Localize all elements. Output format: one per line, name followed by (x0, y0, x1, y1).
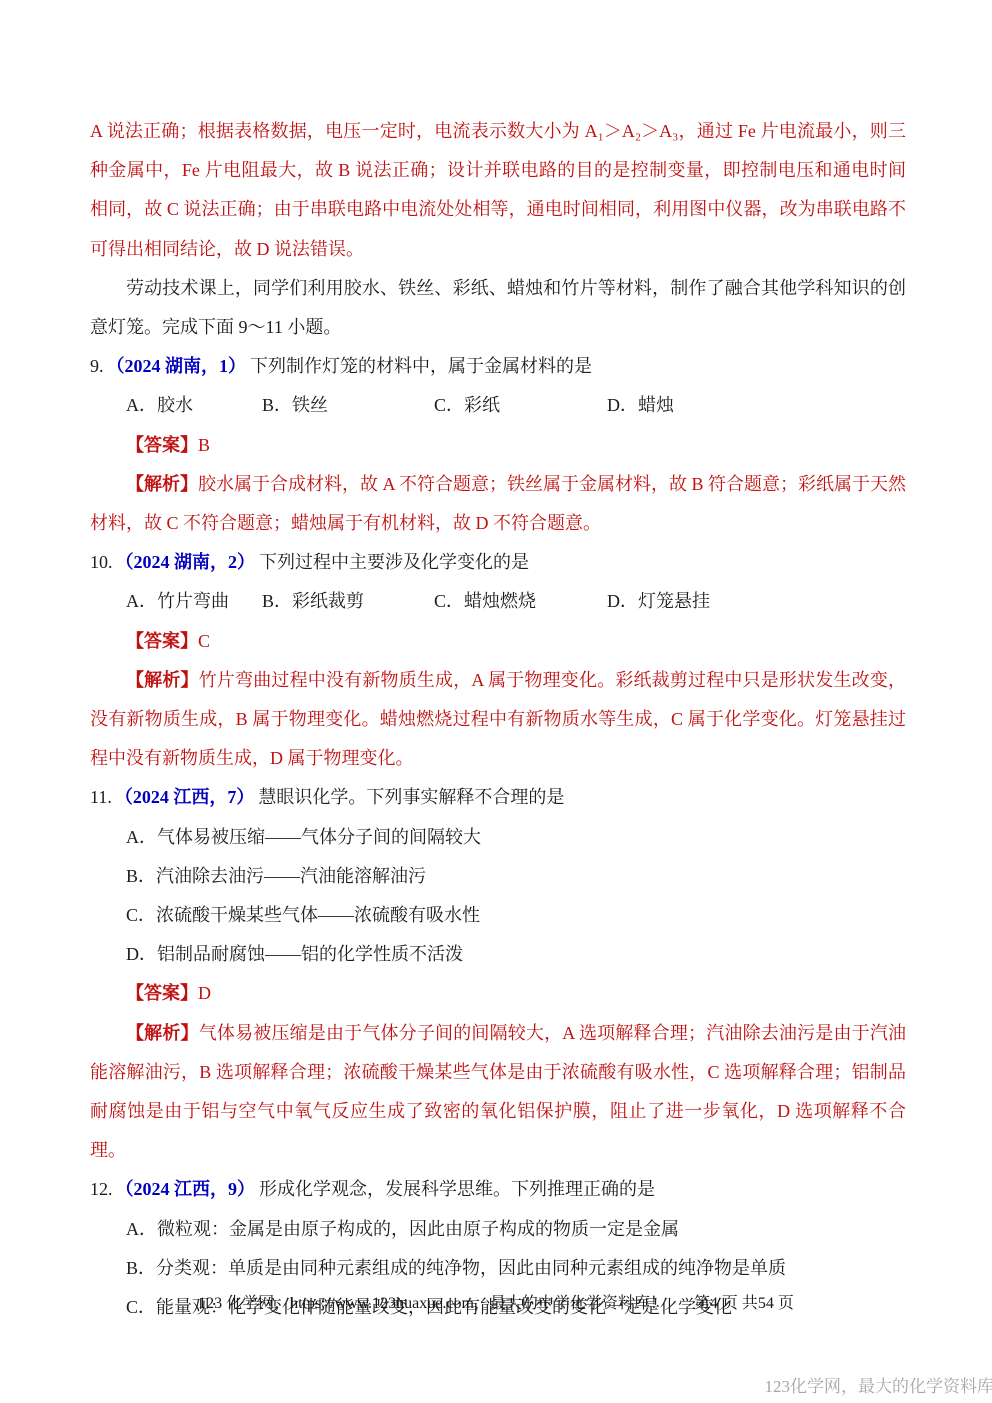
analysis-label: 【解析】 (126, 474, 198, 494)
analysis-paragraph: 【解析】气体易被压缩是由于气体分子间的间隔较大，A 选项解释合理；汽油除去油污是… (90, 1014, 906, 1171)
analysis-paragraph: 【解析】竹片弯曲过程中没有新物质生成，A 属于物理变化。彩纸裁剪过程中只是形状发… (90, 661, 906, 779)
question-source: （2024 湖南，1） (107, 356, 247, 376)
option-c: C．彩纸 (434, 386, 607, 425)
page-footer: 123 化学网，https://www.123huaxue.com，最大的中学化… (0, 1290, 992, 1313)
question-stem-line: 11.（2024 江西，7）慧眼识化学。下列事实解释不合理的是 (90, 778, 906, 817)
question-source: （2024 湖南，2） (116, 552, 256, 572)
analysis-text: 竹片弯曲过程中没有新物质生成，A 属于物理变化。彩纸裁剪过程中只是形状发生改变，… (90, 670, 906, 768)
answer-value: C (198, 631, 210, 651)
question-number: 9. (90, 356, 104, 376)
question-stem: 下列过程中主要涉及化学变化的是 (259, 552, 529, 572)
question-options-row: A．胶水B．铁丝C．彩纸D．蜡烛 (90, 386, 906, 425)
answer-line: 【答案】D (90, 974, 906, 1013)
question-source: （2024 江西，9） (116, 1179, 256, 1199)
answer-line: 【答案】B (90, 426, 906, 465)
carryover-analysis-text: A 说法正确；根据表格数据，电压一定时，电流表示数大小为 A₁＞A₂＞A₃，通过… (90, 112, 906, 269)
question-9: 9.（2024 湖南，1）下列制作灯笼的材料中，属于金属材料的是 A．胶水B．铁… (90, 347, 906, 543)
answer-value: D (198, 983, 211, 1003)
option-b: B．铁丝 (262, 386, 434, 425)
question-options-row: A．竹片弯曲B．彩纸裁剪C．蜡烛燃烧D．灯笼悬挂 (90, 582, 906, 621)
watermark: 123化学网，最大的化学资料库 (765, 1372, 992, 1397)
analysis-label: 【解析】 (126, 1023, 199, 1043)
answer-line: 【答案】C (90, 622, 906, 661)
question-stem-line: 12.（2024 江西，9）形成化学观念，发展科学思维。下列推理正确的是 (90, 1170, 906, 1209)
question-source: （2024 江西，7） (115, 787, 255, 807)
option-d: D．铝制品耐腐蚀——铝的化学性质不活泼 (90, 935, 906, 974)
question-stem: 下列制作灯笼的材料中，属于金属材料的是 (250, 356, 592, 376)
question-10: 10.（2024 湖南，2）下列过程中主要涉及化学变化的是 A．竹片弯曲B．彩纸… (90, 543, 906, 778)
question-stem-line: 10.（2024 湖南，2）下列过程中主要涉及化学变化的是 (90, 543, 906, 582)
answer-value: B (198, 435, 210, 455)
option-b: B．汽油除去油污——汽油能溶解油污 (90, 857, 906, 896)
answer-label: 【答案】 (126, 983, 198, 1003)
option-c: C．浓硫酸干燥某些气体——浓硫酸有吸水性 (90, 896, 906, 935)
question-stem: 形成化学观念，发展科学思维。下列推理正确的是 (259, 1179, 655, 1199)
question-number: 10. (90, 552, 113, 572)
question-stem: 慧眼识化学。下列事实解释不合理的是 (258, 787, 564, 807)
option-a: A．微粒观：金属是由原子构成的，因此由原子构成的物质一定是金属 (90, 1210, 906, 1249)
question-11: 11.（2024 江西，7）慧眼识化学。下列事实解释不合理的是 A．气体易被压缩… (90, 778, 906, 1170)
analysis-paragraph: 【解析】胶水属于合成材料，故 A 不符合题意；铁丝属于金属材料，故 B 符合题意… (90, 465, 906, 543)
option-d: D．灯笼悬挂 (607, 591, 710, 611)
scenario-paragraph: 劳动技术课上，同学们利用胶水、铁丝、彩纸、蜡烛和竹片等材料，制作了融合其他学科知… (90, 269, 906, 347)
question-number: 11. (90, 787, 112, 807)
option-a: A．气体易被压缩——气体分子间的间隔较大 (90, 818, 906, 857)
option-a: A．胶水 (126, 386, 262, 425)
footer-site-text: 123 化学网，https://www.123huaxue.com，最大的中学化… (198, 1295, 666, 1312)
analysis-label: 【解析】 (126, 670, 199, 690)
question-number: 12. (90, 1179, 113, 1199)
analysis-text: 气体易被压缩是由于气体分子间的间隔较大，A 选项解释合理；汽油除去油污是由于汽油… (90, 1023, 906, 1161)
option-b: B．分类观：单质是由同种元素组成的纯净物，因此由同种元素组成的纯净物是单质 (90, 1249, 906, 1288)
answer-label: 【答案】 (126, 631, 198, 651)
option-b: B．彩纸裁剪 (262, 582, 434, 621)
answer-label: 【答案】 (126, 435, 198, 455)
question-stem-line: 9.（2024 湖南，1）下列制作灯笼的材料中，属于金属材料的是 (90, 347, 906, 386)
footer-page-number: 第4 页 共54 页 (694, 1295, 794, 1312)
document-page-content: A 说法正确；根据表格数据，电压一定时，电流表示数大小为 A₁＞A₂＞A₃，通过… (90, 112, 906, 1327)
analysis-text: 胶水属于合成材料，故 A 不符合题意；铁丝属于金属材料，故 B 符合题意；彩纸属… (90, 474, 906, 533)
option-a: A．竹片弯曲 (126, 582, 262, 621)
option-c: C．蜡烛燃烧 (434, 582, 607, 621)
option-d: D．蜡烛 (607, 395, 674, 415)
